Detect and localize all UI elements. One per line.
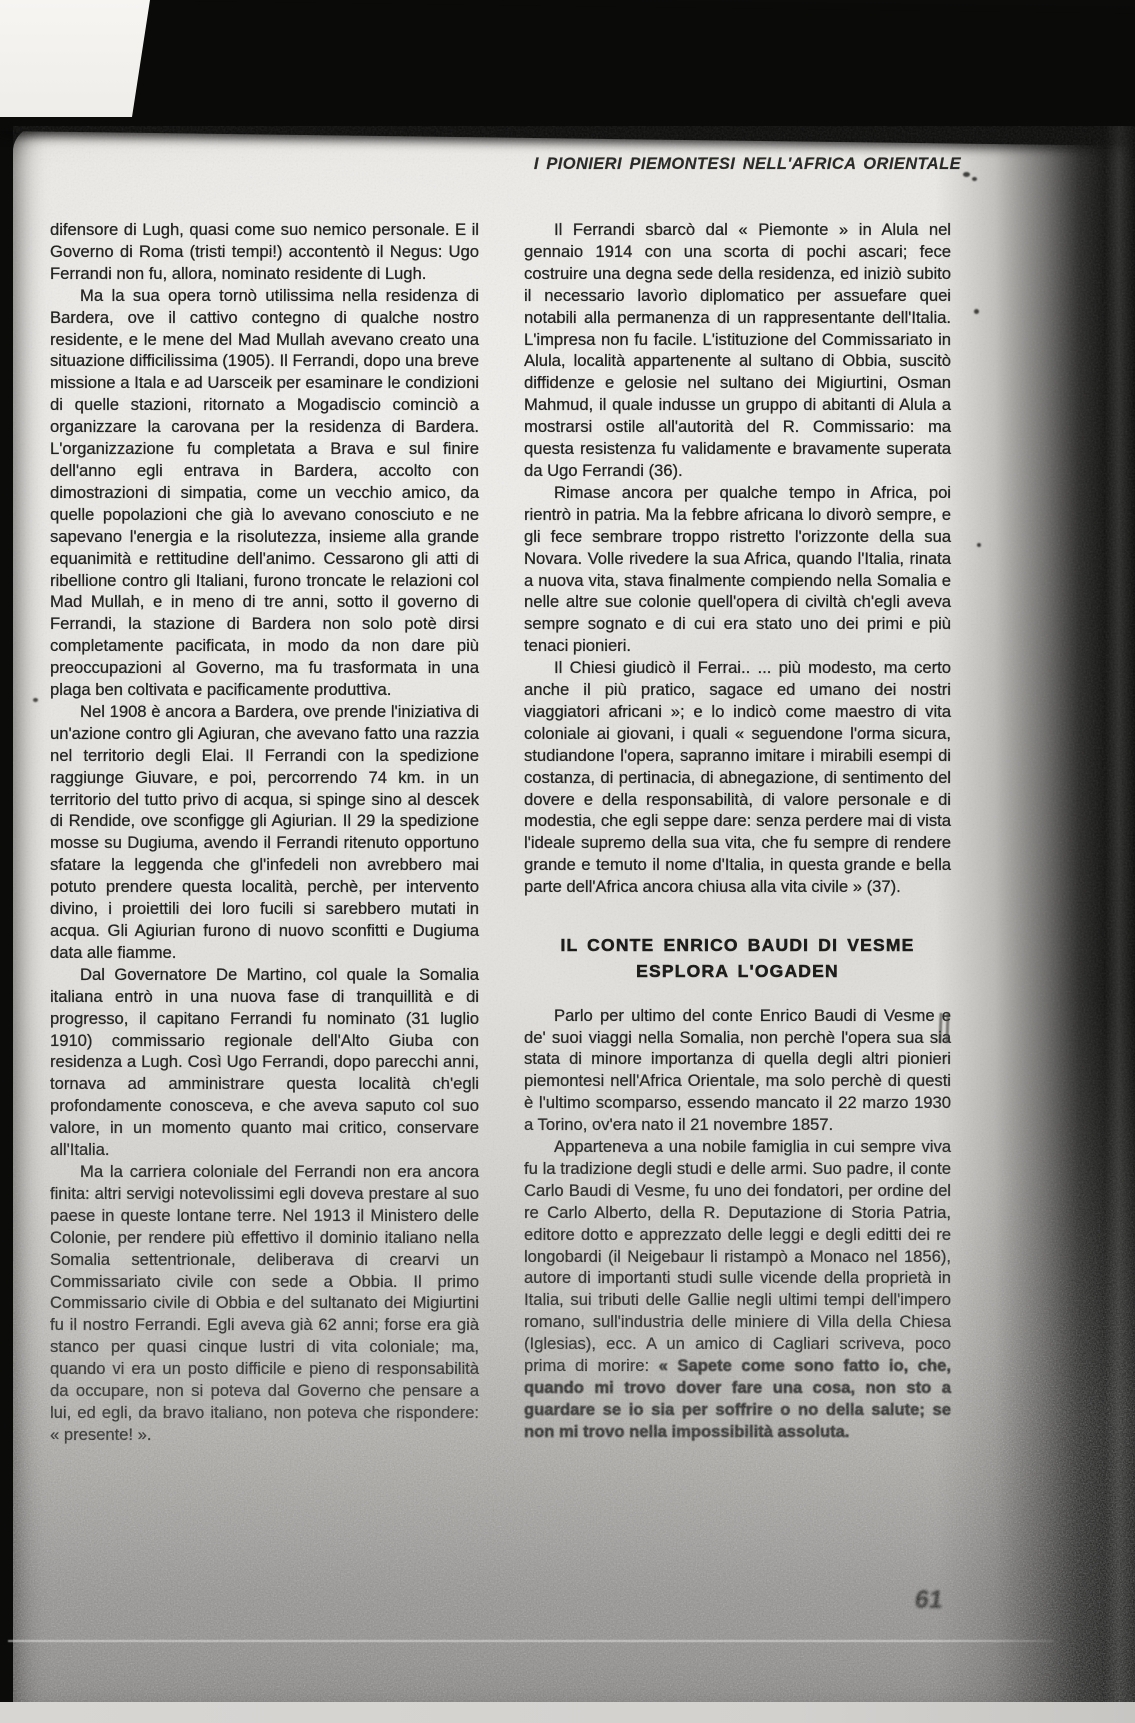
paragraph: Nel 1908 è ancora a Bardera, ove prende … xyxy=(50,701,479,964)
scan-top-border xyxy=(0,0,1135,146)
scanned-book-page: I PIONIERI PIEMONTESI NELL'AFRICA ORIENT… xyxy=(0,0,1135,1723)
paragraph: Ma la sua opera tornò utilissima nella r… xyxy=(50,285,479,701)
scan-scratch-line xyxy=(8,1640,1054,1642)
paragraph: Rimase ancora per qualche tempo in Afric… xyxy=(524,482,951,657)
right-column: Il Ferrandi sbarcò dal « Piemonte » in A… xyxy=(524,219,951,1443)
paragraph: difensore di Lugh, quasi come suo nemico… xyxy=(50,219,479,285)
running-header: I PIONIERI PIEMONTESI NELL'AFRICA ORIENT… xyxy=(520,155,961,174)
scan-right-shadow xyxy=(935,126,1135,1702)
paragraph: Il Ferrandi sbarcò dal « Piemonte » in A… xyxy=(524,219,951,482)
paragraph: Il Chiesi giudicò il Ferrai.. ... più mo… xyxy=(524,657,951,898)
paragraph: Ma la carriera coloniale del Ferrandi no… xyxy=(50,1161,479,1446)
section-heading-line2: ESPLORA L'OGADEN xyxy=(524,958,951,984)
section-heading: IL CONTE ENRICO BAUDI DI VESME ESPLORA L… xyxy=(524,932,951,985)
paragraph: Dal Governatore De Martino, col quale la… xyxy=(50,964,479,1161)
paragraph: Apparteneva a una nobile famiglia in cui… xyxy=(524,1136,951,1443)
scan-speck xyxy=(33,698,38,702)
section-heading-line1: IL CONTE ENRICO BAUDI DI VESME xyxy=(524,932,951,958)
scan-bottom-edge xyxy=(0,1702,1135,1723)
paragraph-text: Apparteneva a una nobile famiglia in cui… xyxy=(524,1137,951,1375)
scan-corner-patch xyxy=(0,0,150,117)
paragraph: Parlo per ultimo del conte Enrico Baudi … xyxy=(524,1005,951,1136)
left-column: difensore di Lugh, quasi come suo nemico… xyxy=(50,219,479,1446)
